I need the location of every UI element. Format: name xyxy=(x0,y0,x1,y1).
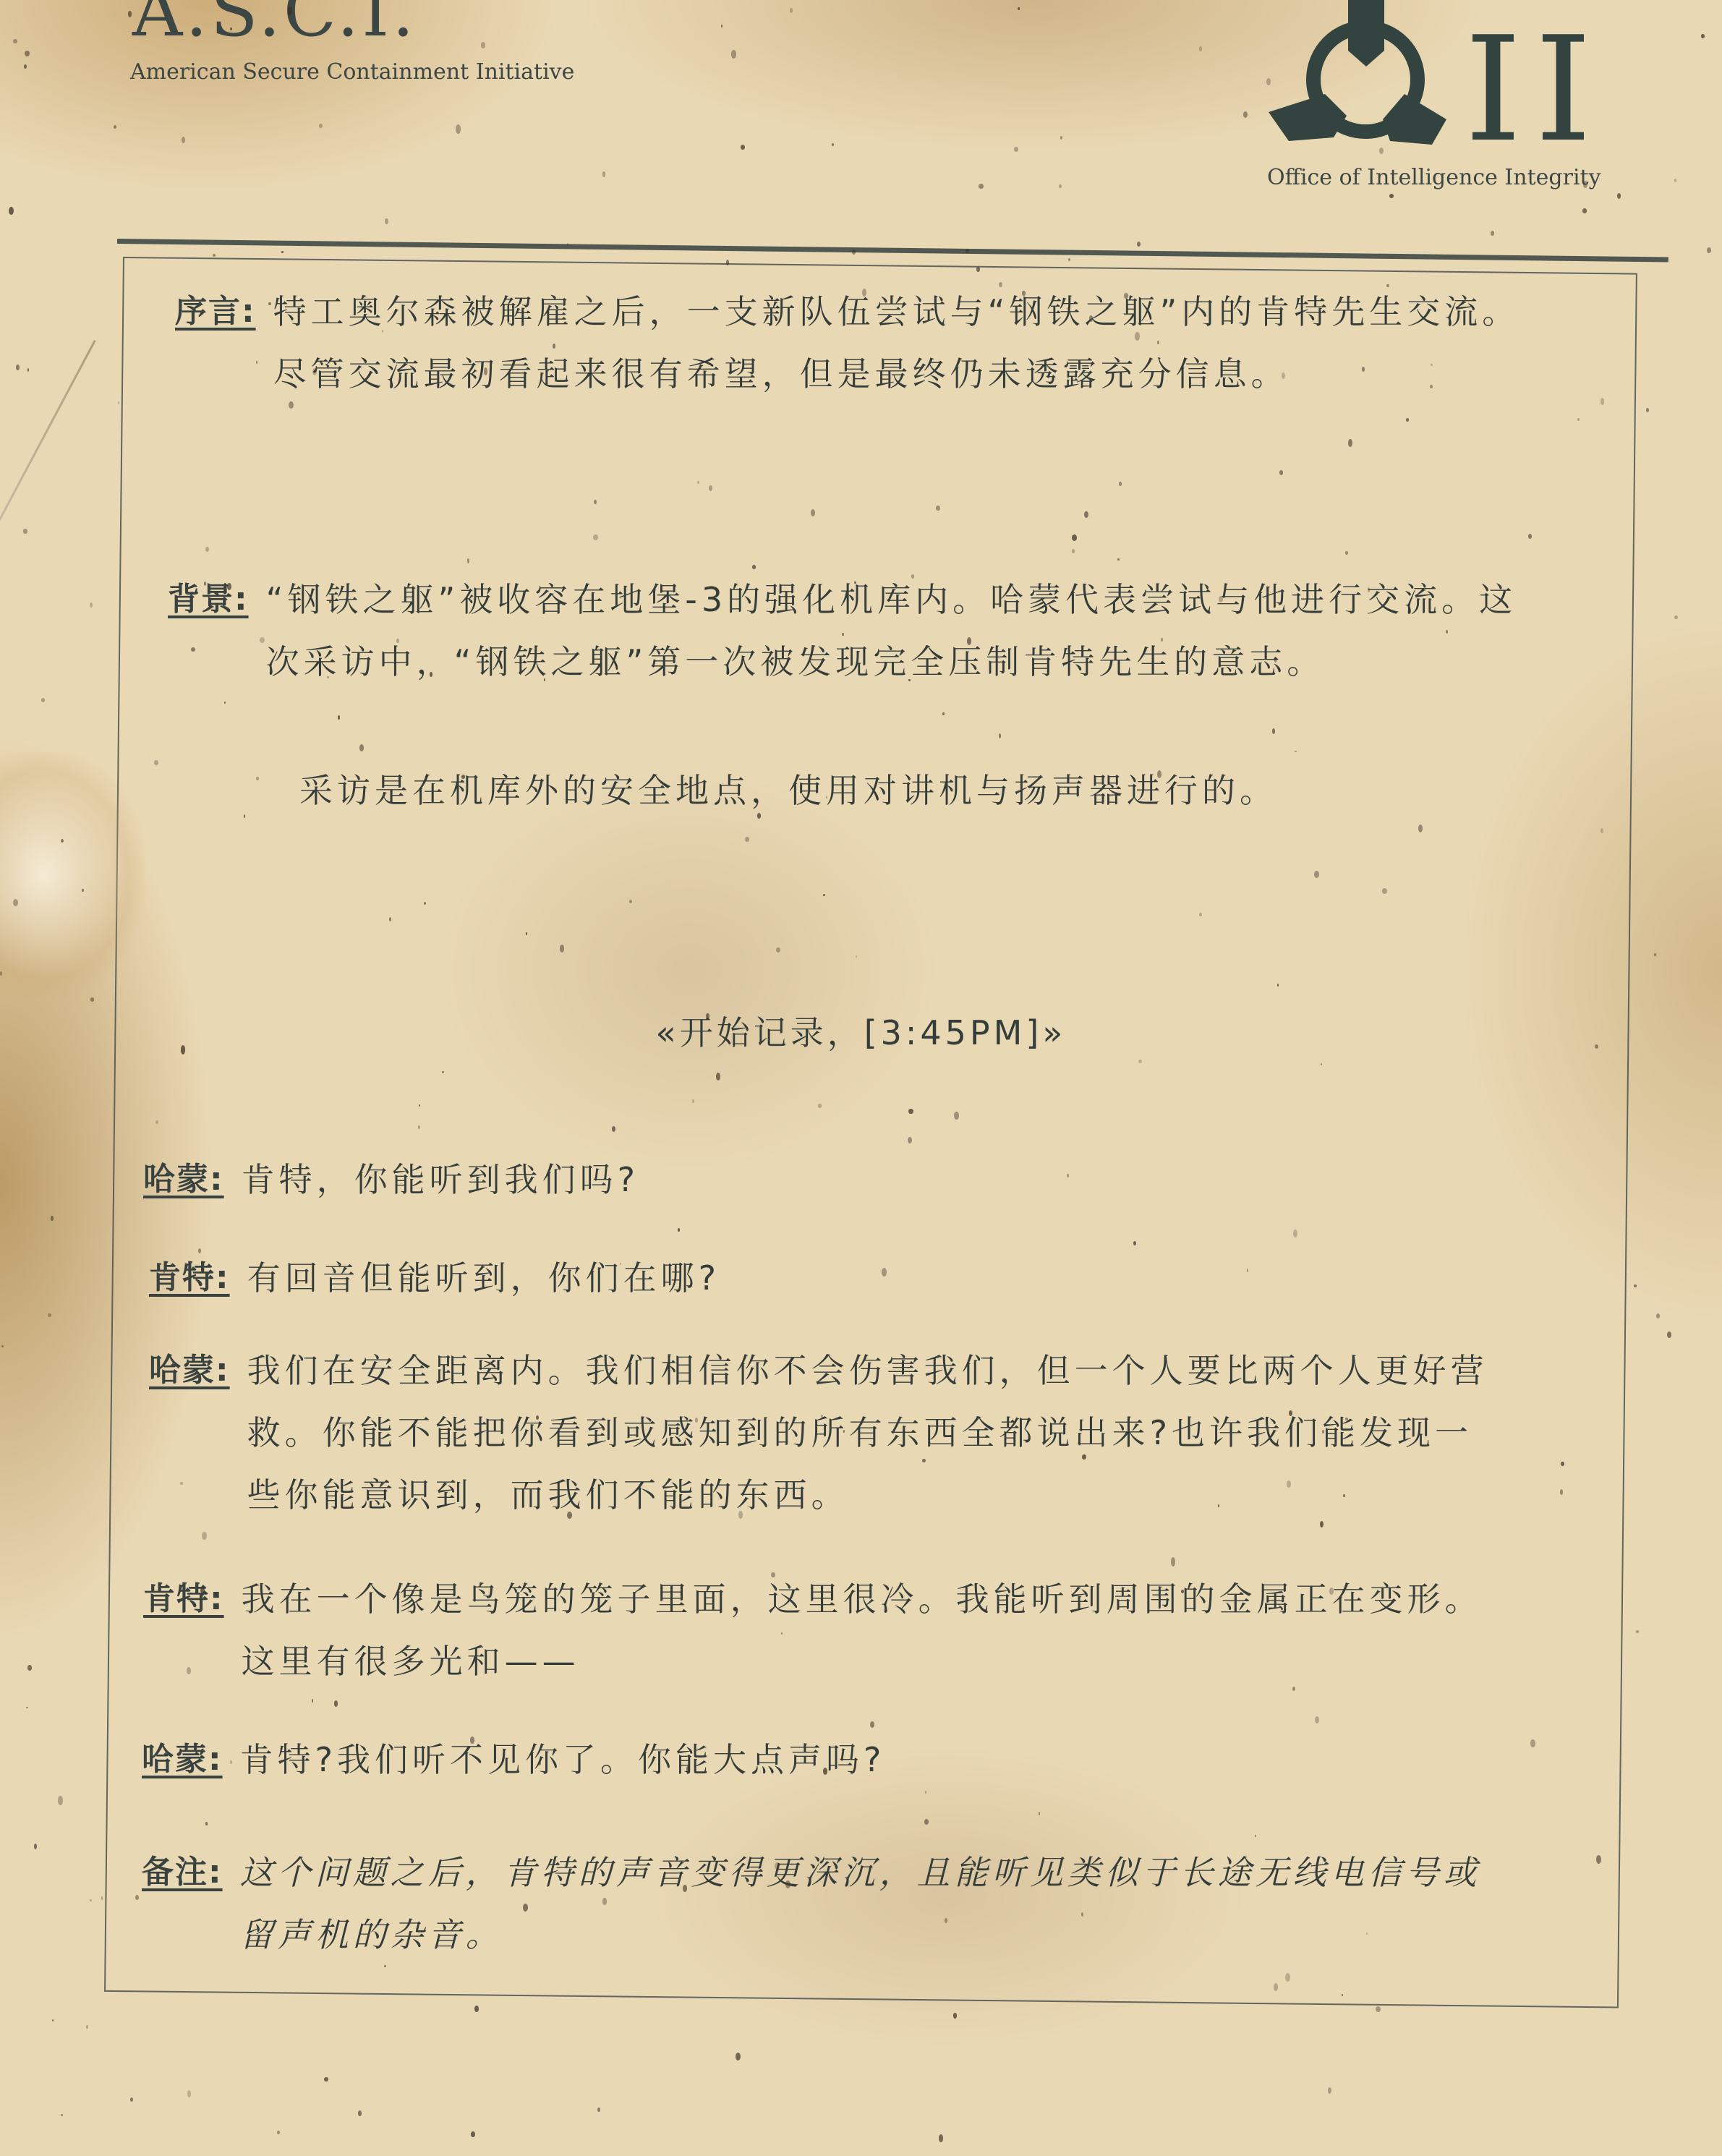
speaker-label: 哈蒙: xyxy=(142,1729,223,1791)
speech-text: 我在一个像是鸟笼的笼子里面，这里很冷。我能听到周围的金属正在变形。这里有很多光和… xyxy=(242,1568,1486,1692)
preface-label: 序言: xyxy=(175,281,256,343)
speaker-label: 哈蒙: xyxy=(149,1339,230,1402)
background-paragraph-2: 采访是在机库外的安全地点，使用对讲机与扬声器进行的。 xyxy=(299,759,1572,822)
speech-text: 肯特?我们听不见你了。你能大点声吗? xyxy=(240,1729,1499,1791)
oii-full-name: Office of Intelligence Integrity xyxy=(1267,165,1601,190)
speaker-label: 哈蒙: xyxy=(143,1149,224,1211)
paper-tear xyxy=(0,752,145,998)
speaker-label: 肯特: xyxy=(143,1568,224,1630)
note-text: 这个问题之后，肯特的声音变得更深沉，且能听见类似于长途无线电信号或留声机的杂音。 xyxy=(240,1841,1484,1966)
asci-acronym: A.S.C.I. xyxy=(132,0,417,52)
transcript-line: 哈蒙: 我们在安全距离内。我们相信你不会伤害我们，但一个人要比两个人更好营救。你… xyxy=(149,1339,1567,1526)
tri-arrow-circle-emblem-icon xyxy=(1267,0,1455,145)
speech-text: 我们在安全距离内。我们相信你不会伤害我们，但一个人要比两个人更好营救。你能不能把… xyxy=(247,1339,1506,1526)
note-label: 备注: xyxy=(142,1841,223,1904)
asci-full-name: American Secure Containment Initiative xyxy=(130,59,574,85)
preface-text: 特工奥尔森被解雇之后，一支新队伍尝试与“钢铁之躯”内的肯特先生交流。尽管交流最初… xyxy=(273,281,1546,405)
speech-text: 肯特，你能听到我们吗? xyxy=(242,1149,1536,1211)
transcript-note: 备注: 这个问题之后，肯特的声音变得更深沉，且能听见类似于长途无线电信号或留声机… xyxy=(142,1841,1559,1966)
preface-section: 序言: 特工奥尔森被解雇之后，一支新队伍尝试与“钢铁之躯”内的肯特先生交流。尽管… xyxy=(175,281,1585,405)
background-text-1: “钢铁之躯”被收容在地堡-3的强化机库内。哈蒙代表尝试与他进行交流。这次采访中，… xyxy=(266,568,1539,693)
background-label: 背景: xyxy=(168,568,249,631)
speaker-label: 肯特: xyxy=(149,1247,230,1309)
transcript-line: 哈蒙: 肯特?我们听不见你了。你能大点声吗? xyxy=(142,1729,1559,1791)
speech-text: 有回音但能听到，你们在哪? xyxy=(247,1247,1542,1309)
background-text-2: 采访是在机库外的安全地点，使用对讲机与扬声器进行的。 xyxy=(299,759,1277,822)
oii-letters: II xyxy=(1465,18,1605,163)
transcript-line: 哈蒙: 肯特，你能听到我们吗? xyxy=(143,1149,1590,1211)
record-start-marker: «开始记录，[3:45PM]» xyxy=(0,1007,1722,1054)
transcript-line: 肯特: 有回音但能听到，你们在哪? xyxy=(149,1247,1595,1309)
transcript-line: 肯特: 我在一个像是鸟笼的笼子里面，这里很冷。我能听到周围的金属正在变形。这里有… xyxy=(143,1568,1561,1692)
background-section: 背景: “钢铁之躯”被收容在地堡-3的强化机库内。哈蒙代表尝试与他进行交流。这次… xyxy=(168,568,1585,693)
